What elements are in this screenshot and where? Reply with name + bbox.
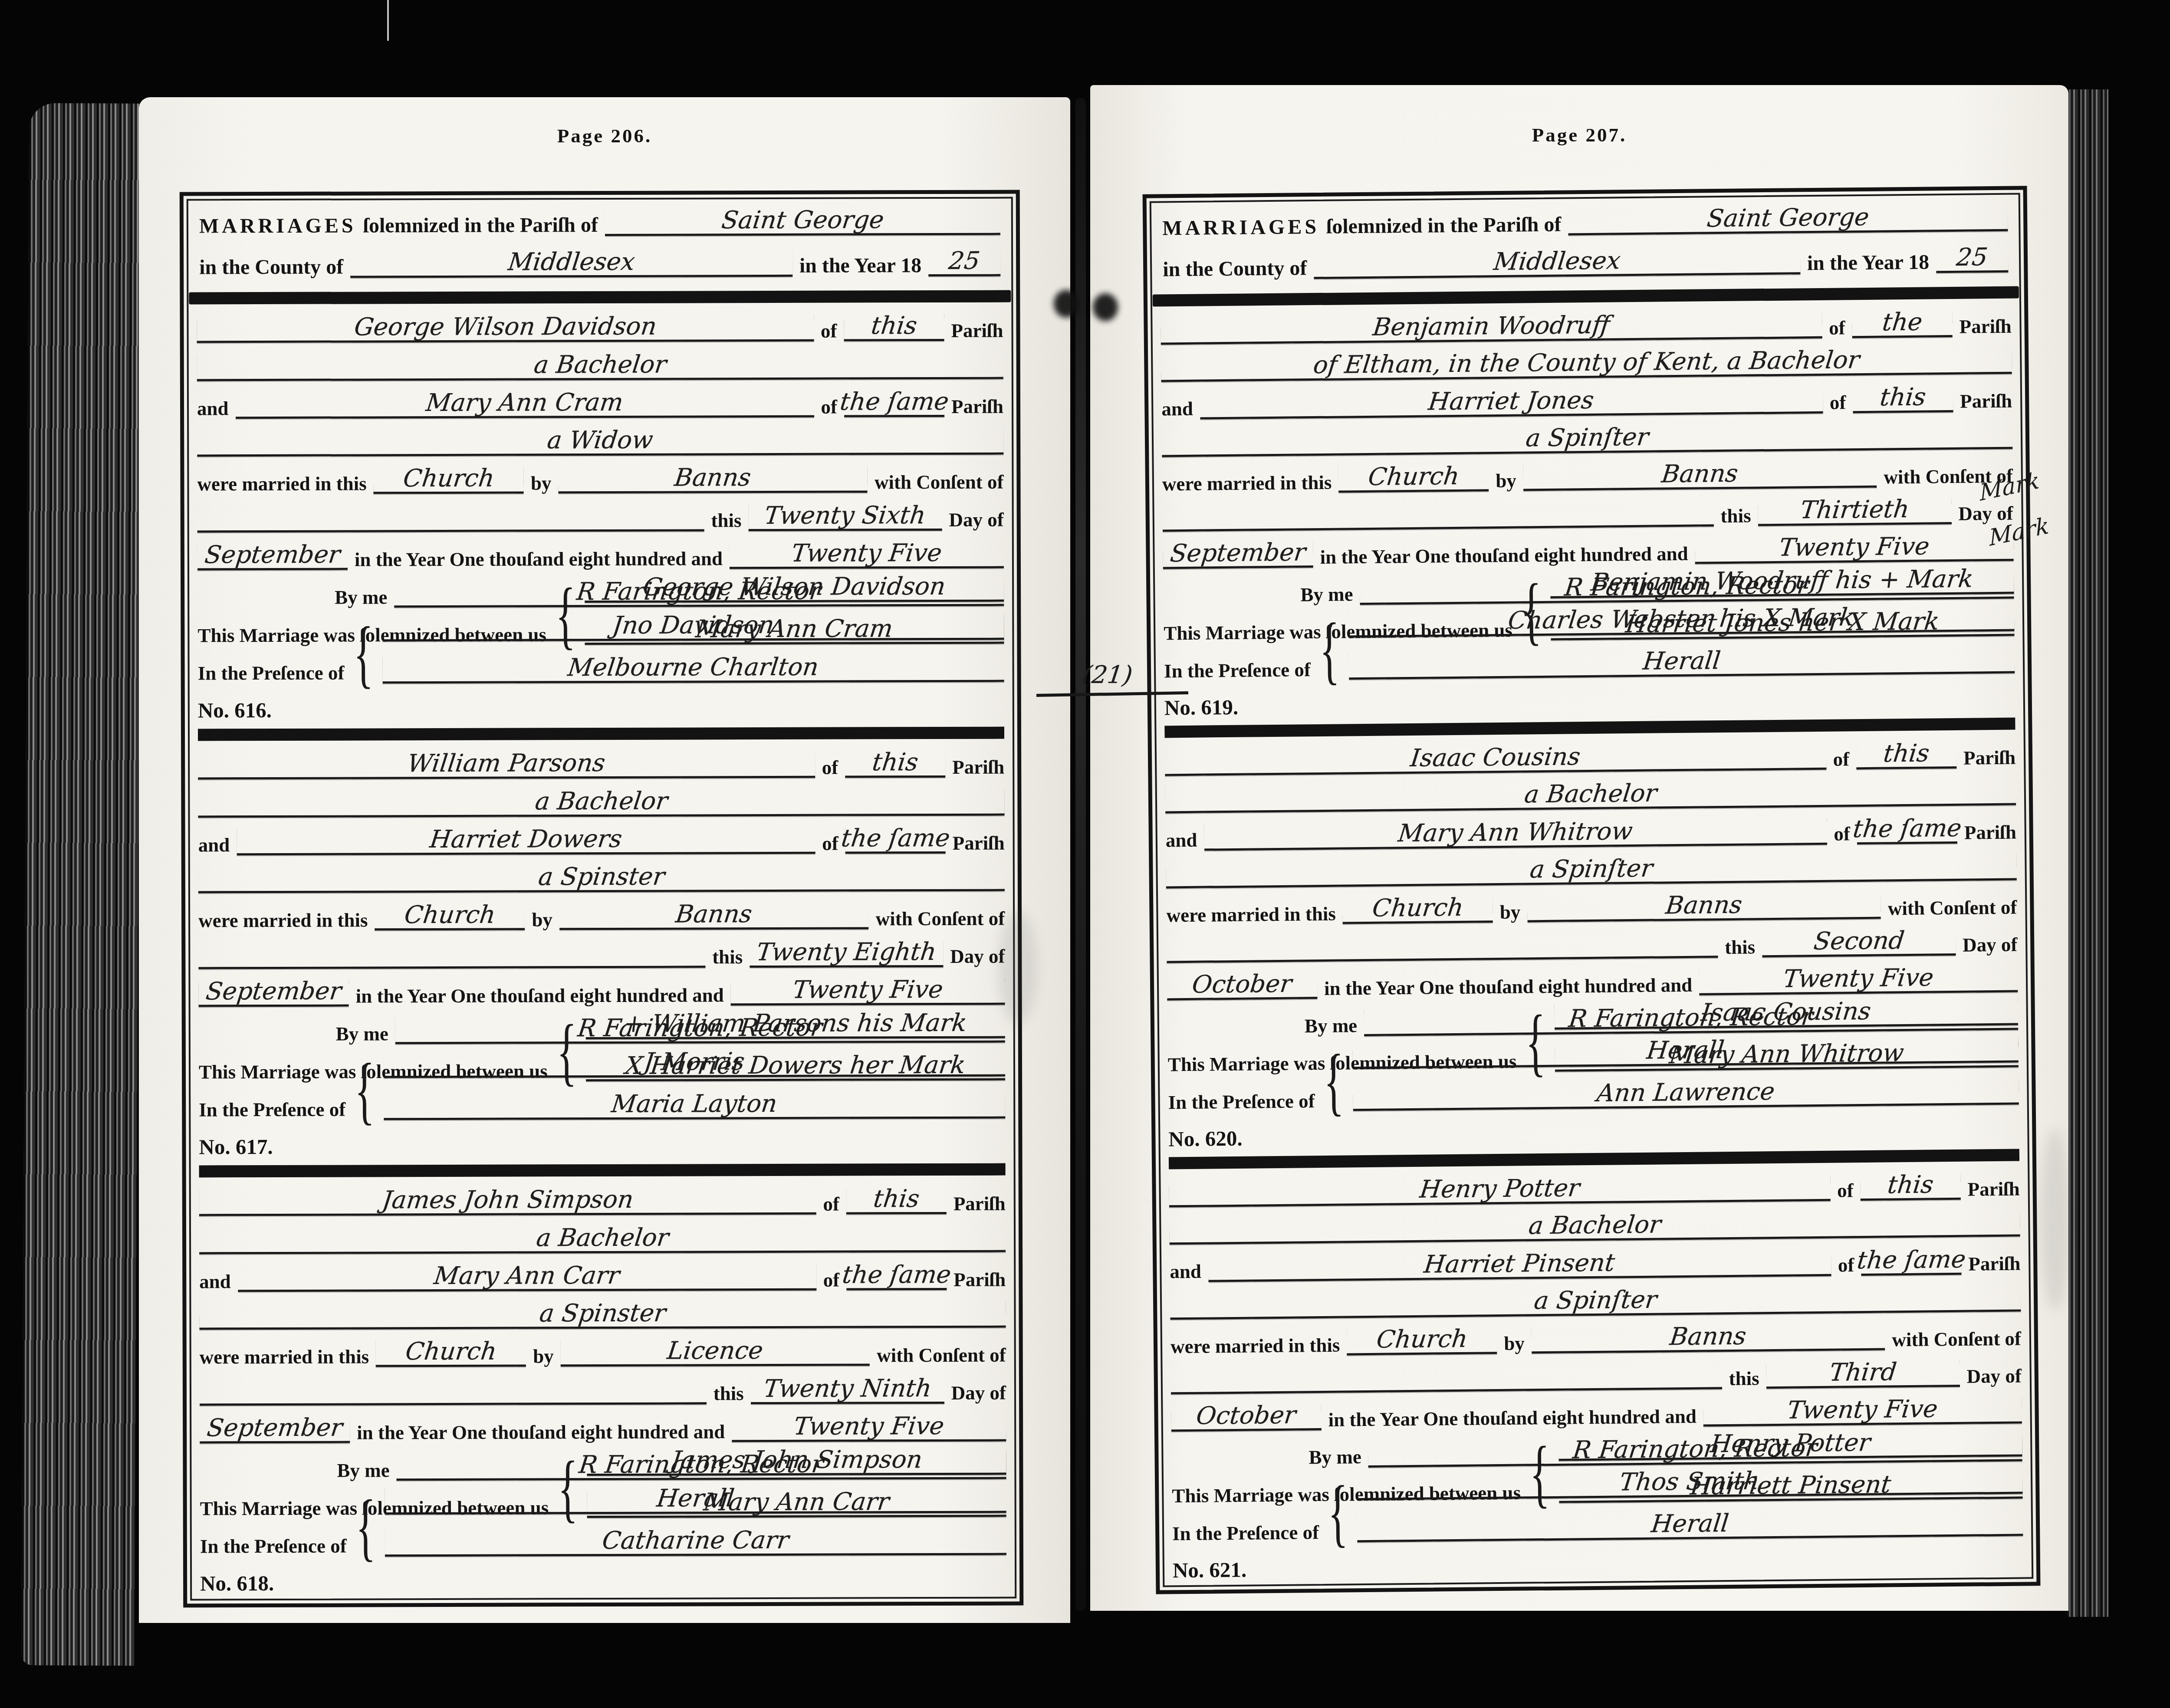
label-of: of — [1834, 824, 1850, 845]
brace-icon: { — [1328, 1481, 1348, 1542]
bride-status: a Widow — [546, 428, 654, 453]
label-by-me: By me — [336, 1024, 388, 1045]
label-consent: with Conſent of — [1892, 1328, 2021, 1350]
label-parish: Pariſh — [1963, 748, 2015, 769]
record-number-line: No. 620. — [1168, 1107, 2019, 1153]
bride-status: a Spinſter — [1529, 856, 1654, 882]
page-number-heading: Page 207. — [1090, 85, 2068, 190]
label-in-county: in the County of — [199, 256, 343, 278]
label-consent: with Conſent of — [876, 909, 1005, 930]
month-value: September — [204, 542, 342, 567]
label-marriages: MARRIAGES — [1162, 216, 1319, 240]
record-number-line: No. 619. — [1164, 676, 2015, 721]
label-and: and — [198, 835, 230, 855]
record-number: No. 618. — [200, 1572, 274, 1595]
groom-status-line: a Bachelor — [199, 1217, 1006, 1257]
day-value: Twenty Sixth — [763, 503, 927, 528]
label-solemnized-in: ſolemnized in the Pariſh of — [363, 214, 598, 237]
groom-of-value: this — [872, 1187, 921, 1211]
rule-divider — [189, 290, 1011, 305]
witness-2-signature: Melbourne Charlton — [567, 655, 820, 680]
record-number: No. 619. — [1164, 696, 1239, 719]
label-of: of — [823, 1270, 840, 1290]
page-number-heading: Page 206. — [139, 97, 1070, 191]
groom-status: a Bachelor — [535, 1225, 670, 1250]
bride-line: and Mary Ann Carr of the ſame Pariſh — [199, 1255, 1006, 1294]
day-value: Third — [1828, 1360, 1897, 1385]
brace-icon: { — [556, 1021, 577, 1082]
label-consent: with Conſent of — [1888, 897, 2017, 919]
presence-line: In the Preſence of { Jno Davidson Melbou… — [197, 647, 1004, 686]
label-in-county: in the County of — [1163, 257, 1307, 281]
register-header: MARRIAGES ſolemnized in the Pariſh of Sa… — [197, 202, 1003, 289]
label-in-year: in the Year 18 — [799, 255, 921, 277]
day-value: Second — [1812, 929, 1906, 954]
marriage-record: Benjamin Woodruff of the Pariſh of Eltha… — [1161, 302, 2015, 722]
groom-name: Benjamin Woodruff — [1371, 313, 1611, 340]
label-consent: with Conſent of — [875, 472, 1004, 493]
marriage-record: Henry Potter of this Pariſh a Bachelor a… — [1169, 1149, 2023, 1584]
label-parish: Pariſh — [1967, 1179, 2019, 1199]
marriage-record: James John Simpson of this Pariſh a Bach… — [199, 1163, 1007, 1598]
marriage-record: Isaac Cousins of this Pariſh a Bachelor … — [1164, 718, 2019, 1153]
register-table: MARRIAGES ſolemnized in the Pariſh of Sa… — [1143, 186, 2041, 1594]
bride-of-value: this — [1879, 385, 1927, 410]
gutter-annotation: (21) — [1081, 663, 1134, 687]
witness-signatures: Herall Catharine Carr — [385, 1471, 1006, 1557]
place-value: Church — [1375, 1327, 1469, 1352]
day-line: this Twenty Ninth Day of — [200, 1368, 1006, 1408]
year-value: Twenty Five — [790, 541, 944, 566]
label-of: of — [1830, 393, 1846, 414]
book-page-edges-right — [2067, 89, 2108, 1617]
groom-status-line: a Bachelor — [198, 780, 1004, 820]
spacer — [199, 1045, 329, 1045]
year-value: Twenty Five — [791, 978, 944, 1002]
witness-signatures: Jno Davidson Melbourne Charlton — [382, 598, 1004, 683]
year-value: Twenty Five — [792, 1414, 946, 1439]
record-number-line: No. 616. — [198, 684, 1004, 724]
groom-status: a Bachelor — [534, 789, 669, 814]
spacer — [200, 1481, 330, 1481]
register-table: MARRIAGES ſolemnized in the Pariſh of Sa… — [180, 190, 1024, 1607]
label-by: by — [1504, 1333, 1525, 1354]
label-by-me: By me — [1300, 584, 1353, 605]
witness-1-signature: Thos Smith — [1618, 1469, 1761, 1494]
year-value: Twenty Five — [1782, 966, 1935, 992]
record-number-line: No. 621. — [1172, 1538, 2023, 1584]
place-value: Church — [1371, 896, 1465, 921]
label-presence: In the Preſence of — [1168, 1091, 1315, 1113]
witness-2-signature: Herall — [1642, 649, 1722, 674]
label-parish: Pariſh — [952, 757, 1004, 778]
label-day-of: Day of — [1966, 1366, 2022, 1386]
page-207: Page 207. MARRIAGES ſolemnized in the Pa… — [1090, 85, 2068, 1611]
groom-name: Henry Potter — [1418, 1176, 1581, 1202]
label-in-year: in the Year 18 — [1807, 251, 1930, 274]
brace-icon: { — [1525, 1011, 1546, 1072]
year-digits: 25 — [1955, 245, 1989, 270]
groom-of-value: this — [1882, 742, 1931, 766]
groom-name: George Wilson Davidson — [353, 315, 658, 340]
groom-status-line: a Bachelor — [197, 344, 1003, 384]
label-parish: Pariſh — [953, 833, 1005, 854]
label-were-married: were married in this — [197, 473, 366, 494]
bleed-through-smudge — [998, 911, 1037, 1024]
groom-status: a Bachelor — [533, 352, 667, 377]
year-digits: 25 — [947, 249, 981, 273]
year-value: Twenty Five — [1786, 1397, 1939, 1423]
label-presence: In the Preſence of — [198, 663, 345, 684]
label-day-of: Day of — [950, 946, 1005, 967]
spacer — [1164, 605, 1294, 607]
label-by-me: By me — [1305, 1015, 1358, 1036]
label-of: of — [1833, 749, 1849, 770]
bride-name: Harriet Pinsent — [1423, 1251, 1617, 1277]
bride-status: a Spinſter — [1533, 1288, 1658, 1313]
bride-status-line: a Spinster — [199, 1292, 1006, 1332]
year-value: Twenty Five — [1778, 535, 1930, 560]
label-this: this — [1729, 1368, 1759, 1389]
label-by-me: By me — [1309, 1447, 1361, 1468]
label-parish: Pariſh — [951, 396, 1003, 417]
month-value: September — [204, 979, 343, 1004]
spacer — [197, 608, 328, 608]
place-value: Church — [404, 1340, 498, 1364]
bride-of-value: the ſame — [1851, 816, 1963, 841]
groom-of-value: the — [1881, 310, 1923, 335]
groom-of-value: this — [871, 750, 920, 775]
groom-signature: Benjamin Woodruff his + Mark — [1590, 567, 1974, 595]
married-line: were married in this Church by Banns wit… — [197, 457, 1003, 497]
parish-value: Saint George — [720, 208, 885, 233]
blank-rule — [200, 1401, 707, 1406]
blank-rule — [197, 528, 704, 532]
groom-status: a Bachelor — [1527, 1213, 1662, 1238]
brace-icon: { — [355, 1496, 376, 1557]
groom-line: George Wilson Davidson of this Pariſh — [197, 306, 1003, 346]
groom-of-value: this — [870, 314, 918, 338]
label-parish: Pariſh — [1968, 1254, 2020, 1274]
brace-icon: { — [353, 623, 374, 683]
label-by: by — [1496, 470, 1516, 491]
label-this: this — [712, 947, 743, 967]
blank-rule — [198, 965, 705, 969]
label-were-married: were married in this — [200, 1347, 369, 1367]
witness-1-signature: Charles Webster his X Mark — [1507, 605, 1856, 633]
married-line: were married in this Church by Licence w… — [200, 1330, 1006, 1370]
label-presence: In the Preſence of — [1172, 1522, 1319, 1544]
label-of: of — [1838, 1255, 1854, 1276]
label-by-me: By me — [335, 587, 387, 608]
groom-name: William Parsons — [406, 751, 607, 776]
presence-line: In the Preſence of { J Morris Maria Layt… — [199, 1083, 1005, 1123]
label-day-of: Day of — [1958, 503, 2013, 524]
scan-scratch-artifact — [387, 0, 389, 41]
bride-name: Mary Ann Whitrow — [1397, 819, 1634, 846]
groom-line: William Parsons of this Pariſh — [198, 742, 1004, 782]
brace-icon: { — [1529, 1442, 1550, 1503]
groom-name: Isaac Cousins — [1409, 745, 1581, 771]
bride-line: and Harriet Dowers of the ſame Pariſh — [198, 818, 1005, 858]
label-parish: Pariſh — [953, 1194, 1006, 1215]
bride-name: Harriet Dowers — [428, 827, 623, 852]
label-were-married: were married in this — [198, 910, 368, 931]
place-value: Church — [1367, 464, 1460, 489]
label-parish: Pariſh — [1960, 391, 2012, 412]
place-value: Church — [402, 466, 496, 491]
bride-status: a Spinſter — [1525, 425, 1650, 450]
label-and: and — [1161, 399, 1193, 420]
witness-1-signature: Jno Davidson — [611, 613, 776, 638]
groom-signature: James John Simpson — [670, 1448, 924, 1473]
day-line: this Twenty Sixth Day of — [197, 495, 1004, 535]
label-by: by — [533, 1346, 554, 1366]
bride-name: Mary Ann Cram — [425, 391, 625, 415]
day-line: this Twenty Eighth Day of — [198, 932, 1005, 972]
label-and: and — [1170, 1261, 1201, 1282]
bride-of-value: the ſame — [840, 826, 951, 851]
label-of: of — [823, 1194, 839, 1215]
label-of: of — [821, 321, 837, 342]
label-by: by — [532, 910, 552, 930]
page-206-body: MARRIAGES ſolemnized in the Pariſh of Sa… — [139, 191, 1070, 1623]
label-this: this — [1725, 937, 1755, 958]
bride-status-line: a Spinster — [198, 856, 1005, 896]
bleed-through-smudge — [2040, 1128, 2070, 1311]
witness-1-signature: J Morris — [643, 1050, 746, 1074]
place-value: Church — [403, 903, 497, 928]
bride-name: Harriet Jones — [1427, 388, 1595, 414]
label-day-of: Day of — [1963, 934, 2018, 955]
label-were-married: were married in this — [1170, 1335, 1340, 1357]
married-line: were married in this Church by Banns wit… — [198, 894, 1005, 934]
month-value: September — [206, 1416, 344, 1440]
witness-2-signature: Herall — [1650, 1511, 1730, 1537]
marriage-record: George Wilson Davidson of this Pariſh a … — [197, 306, 1004, 725]
groom-of-value: this — [1886, 1173, 1935, 1198]
witness-2-signature: Catharine Carr — [601, 1528, 790, 1553]
groom-signature: Henry Potter — [1709, 1431, 1872, 1457]
brace-icon: { — [558, 1458, 578, 1518]
label-parish: Pariſh — [1964, 822, 2016, 843]
groom-signature: + William Parsons his Mark — [622, 1011, 968, 1036]
month-value: October — [1191, 972, 1293, 997]
day-value: Twenty Ninth — [762, 1376, 933, 1401]
record-number-line: No. 618. — [200, 1557, 1006, 1597]
record-number-line: No. 617. — [199, 1121, 1005, 1161]
label-consent: with Conſent of — [877, 1345, 1006, 1366]
groom-line: James John Simpson of this Pariſh — [199, 1179, 1006, 1219]
label-and: and — [199, 1271, 231, 1292]
groom-status: of Eltham, in the County of Kent, a Bach… — [1312, 348, 1861, 378]
label-parish: Pariſh — [1959, 316, 2011, 337]
label-by-me: By me — [337, 1460, 389, 1481]
county-value: Middlesex — [1493, 249, 1622, 274]
ink-blot — [1093, 293, 1118, 321]
label-presence: In the Preſence of — [200, 1536, 347, 1557]
method-value: Banns — [1669, 1324, 1748, 1350]
month-value: September — [1169, 541, 1307, 566]
bride-line: and Mary Ann Cram of the ſame Pariſh — [197, 381, 1003, 421]
label-of: of — [821, 397, 837, 417]
groom-signature: George Wilson Davidson — [642, 575, 947, 600]
page-207-body: MARRIAGES ſolemnized in the Pariſh of Sa… — [1090, 190, 2068, 1611]
witness-1-signature: Herall — [655, 1486, 736, 1511]
label-of: of — [1837, 1180, 1854, 1201]
groom-status: a Bachelor — [1523, 782, 1658, 807]
day-value: Twenty Eighth — [755, 940, 937, 965]
groom-name: James John Simpson — [381, 1188, 635, 1213]
register-header: MARRIAGES ſolemnized in the Pariſh of Sa… — [1160, 198, 2011, 291]
label-day-of: Day of — [949, 510, 1003, 531]
label-by: by — [1500, 902, 1521, 923]
method-value: Banns — [1665, 893, 1744, 918]
label-presence: In the Preſence of — [199, 1100, 345, 1120]
label-solemnized-in: ſolemnized in the Pariſh of — [1326, 213, 1562, 238]
county-value: Middlesex — [506, 250, 636, 275]
label-of: of — [822, 758, 838, 778]
label-and: and — [1166, 830, 1197, 851]
book-page-edges-left — [21, 103, 143, 1665]
method-value: Banns — [1660, 462, 1739, 487]
bride-status-line: a Widow — [197, 419, 1003, 459]
label-were-married: were married in this — [1162, 472, 1332, 494]
book-gutter-fold — [1075, 98, 1086, 1611]
method-value: Banns — [674, 902, 753, 926]
records-column: Benjamin Woodruff of the Pariſh of Eltha… — [1161, 302, 2023, 1584]
page-206: Page 206. MARRIAGES ſolemnized in the Pa… — [139, 97, 1070, 1623]
ink-blot — [1054, 290, 1079, 318]
label-by: by — [531, 473, 552, 493]
brace-icon: { — [1323, 1050, 1344, 1111]
record-number: No. 620. — [1168, 1127, 1243, 1150]
record-number: No. 621. — [1173, 1558, 1247, 1581]
label-parish: Pariſh — [951, 321, 1003, 342]
register-scan: Page 206. MARRIAGES ſolemnized in the Pa… — [0, 0, 2170, 1708]
record-number: No. 617. — [199, 1136, 273, 1158]
witness-1-signature: Herall — [1645, 1038, 1725, 1063]
label-this: this — [1720, 506, 1751, 526]
spacer — [1167, 1037, 1298, 1038]
label-this: this — [713, 1383, 744, 1404]
marriage-record: William Parsons of this Pariſh a Bachelo… — [198, 727, 1006, 1161]
presence-line: In the Preſence of { Herall Catharine Ca… — [200, 1520, 1006, 1560]
method-value: Licence — [666, 1339, 764, 1363]
day-value: Thirtieth — [1799, 497, 1910, 522]
parish-value: Saint George — [1706, 205, 1871, 231]
label-were-married: were married in this — [1166, 903, 1336, 926]
label-parish: Pariſh — [953, 1269, 1006, 1290]
label-presence: In the Preſence of — [1164, 660, 1311, 681]
label-and: and — [197, 398, 229, 419]
brace-icon: { — [1319, 619, 1340, 680]
label-of: of — [1829, 318, 1845, 338]
label-of: of — [822, 833, 838, 854]
bride-of-value: the ſame — [1856, 1247, 1967, 1272]
record-number: No. 616. — [198, 699, 272, 722]
witness-2-signature: Ann Lawrence — [1596, 1080, 1776, 1106]
bride-of-value: the ſame — [838, 390, 950, 414]
month-value: October — [1195, 1403, 1298, 1429]
spacer — [1172, 1468, 1302, 1469]
label-marriages: MARRIAGES — [199, 215, 356, 237]
bride-of-value: the ſame — [841, 1263, 952, 1288]
brace-icon: { — [556, 585, 576, 645]
bride-name: Mary Ann Carr — [433, 1264, 621, 1288]
witness-2-signature: Maria Layton — [610, 1092, 779, 1117]
bride-status: a Spinster — [538, 1301, 667, 1326]
label-day-of: Day of — [951, 1383, 1006, 1404]
bride-status: a Spinster — [537, 865, 666, 890]
records-column: George Wilson Davidson of this Pariſh a … — [197, 306, 1006, 1598]
label-this: this — [711, 510, 741, 531]
groom-signature: Isaac Cousins — [1700, 999, 1872, 1025]
method-value: Banns — [674, 466, 753, 490]
brace-icon: { — [355, 1059, 375, 1120]
